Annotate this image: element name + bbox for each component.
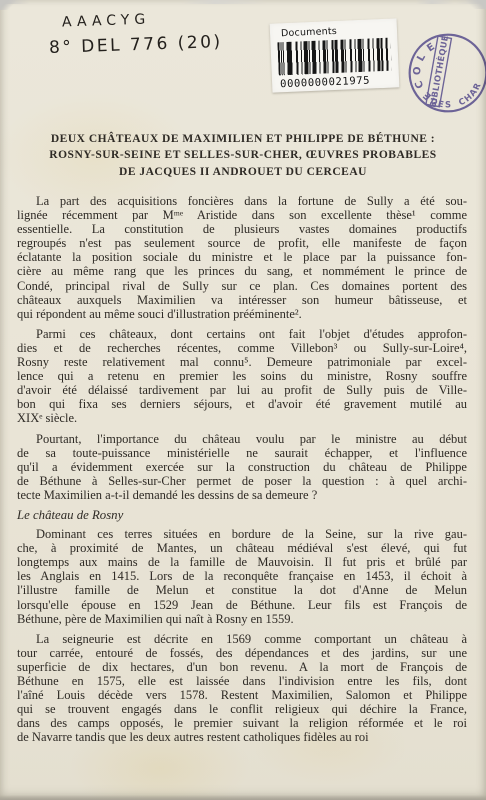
text-line: bon qui fixa ses derniers séjours, et d'… (17, 397, 467, 411)
text-line: l'illustre famille de Melun et constitue… (17, 583, 467, 597)
text-line: châteaux auxquels Maximilien va intéress… (17, 293, 467, 307)
scan-edge-bottom (0, 795, 486, 800)
text-line: regroupés n'est pas seulement source de … (17, 236, 467, 250)
handwritten-shelfmark-line1: AAACYG (62, 11, 151, 30)
text-line: l'aîné Louis décède vers 1578. Restent M… (17, 688, 467, 702)
stamp-arc-letter: E (437, 98, 445, 109)
stamp-arc-letter: C (413, 79, 426, 90)
barcode-label-title: Documents (281, 23, 397, 39)
text-line: Pourtant, l'importance du château voulu … (17, 432, 467, 446)
text-line: Béthune en 1575, elle est laissée dans l… (17, 674, 467, 688)
text-line: d'avoir été délaissé tardivement par lui… (17, 383, 467, 397)
text-line: dans des camps opposés, le premier suiva… (17, 716, 467, 730)
paragraph: Dominant ces terres situées en bordure d… (17, 527, 467, 626)
text-line: de sa toute-puissance ministérielle ne s… (17, 446, 467, 460)
barcode-number: 0000000021975 (280, 73, 399, 90)
text-line: Béthune, père de Maximilien qui naît à R… (17, 612, 467, 626)
stamp-arc-letter: O (412, 66, 424, 75)
article-title-line: DE JACQUES II ANDROUET DU CERCEAU (16, 164, 470, 180)
text-line: Dominant ces terres situées en bordure d… (17, 527, 467, 541)
text-line: qu'il a évidemment exercée sur la constr… (17, 460, 467, 474)
handwritten-shelfmark-line2: 8° DEL 776 (20) (49, 32, 223, 58)
article-title-line: DEUX CHÂTEAUX DE MAXIMILIEN ET PHILIPPE … (16, 131, 470, 147)
stamp-arc-letter: S (445, 100, 451, 110)
text-line: dies et de recherches récentes, comme Vi… (17, 341, 467, 355)
text-line: qui se trouvent engagés dans le conflit … (17, 702, 467, 716)
text-line: Parmi ces châteaux, dont certains ont fa… (17, 327, 467, 341)
text-line: tour carrée, entouré de fossés, des dépe… (17, 646, 467, 660)
text-line: lignée récemment par Mᵐᵉ Aristide dans s… (17, 208, 467, 222)
scan-corner-top-right (462, 0, 486, 9)
text-line: cière au même rang que les princes du sa… (17, 264, 467, 278)
barcode-icon (277, 38, 391, 76)
text-line: lence qui a retenu en premier les soins … (17, 369, 467, 383)
text-line: La seigneurie est décrite en 1569 comme … (17, 632, 467, 646)
paragraph: Parmi ces châteaux, dont certains ont fa… (17, 327, 467, 426)
text-line: essentielle. La constitution de plusieur… (17, 222, 467, 236)
text-line: éclatante la position sociale du ministr… (17, 250, 467, 264)
article-title: DEUX CHÂTEAUX DE MAXIMILIEN ET PHILIPPE … (16, 131, 470, 180)
article-body: La part des acquisitions foncières dans … (17, 194, 467, 750)
text-line: superficie de dix hectares, d'un bon rev… (17, 660, 467, 674)
text-line: lorsqu'elle épouse en 1529 Jean de Béthu… (17, 598, 467, 612)
library-stamp: BIBLIOTHÈQUE ECOLEDESCHAR (406, 31, 486, 115)
article-title-line: ROSNY-SUR-SEINE ET SELLES-SUR-CHER, ŒUVR… (16, 147, 470, 163)
scan-edge-top (0, 0, 486, 4)
barcode-label: Documents 0000000021975 (270, 18, 400, 92)
scan-corner-top-left (0, 0, 18, 10)
text-line: Rosny reste relativement mal connu⁵. Dem… (17, 355, 467, 369)
paragraph: Pourtant, l'importance du château voulu … (17, 432, 467, 502)
text-line: longtemps aux mains de la famille de Mau… (17, 555, 467, 569)
library-stamp-graphic: BIBLIOTHÈQUE ECOLEDESCHAR (406, 31, 486, 115)
section-heading: Le château de Rosny (17, 508, 467, 522)
stamp-arc-letter: L (415, 52, 428, 64)
text-line: La part des acquisitions foncières dans … (17, 194, 467, 208)
scanned-document-page: AAACYG 8° DEL 776 (20) Documents 0000000… (0, 0, 486, 800)
text-line: de Béthune à Selles-sur-Cher permet de p… (17, 474, 467, 488)
paragraph: La part des acquisitions foncières dans … (17, 194, 467, 321)
text-line: de Navarre tandis que les deux autres re… (17, 730, 467, 744)
text-line: qui répondent au même souci d'illustrati… (17, 307, 467, 321)
text-line: Condé, principal rival de Sully sur ce p… (17, 279, 467, 293)
text-line: tecte Maximilien a-t-il demandé les dess… (17, 488, 467, 502)
paragraph: La seigneurie est décrite en 1569 comme … (17, 632, 467, 745)
text-line: les Anglais en 1415. Lors de la reconquê… (17, 569, 467, 583)
text-line: XIXᵉ siècle. (17, 411, 467, 425)
text-line: che, à proximité de Mantes, un château m… (17, 541, 467, 555)
